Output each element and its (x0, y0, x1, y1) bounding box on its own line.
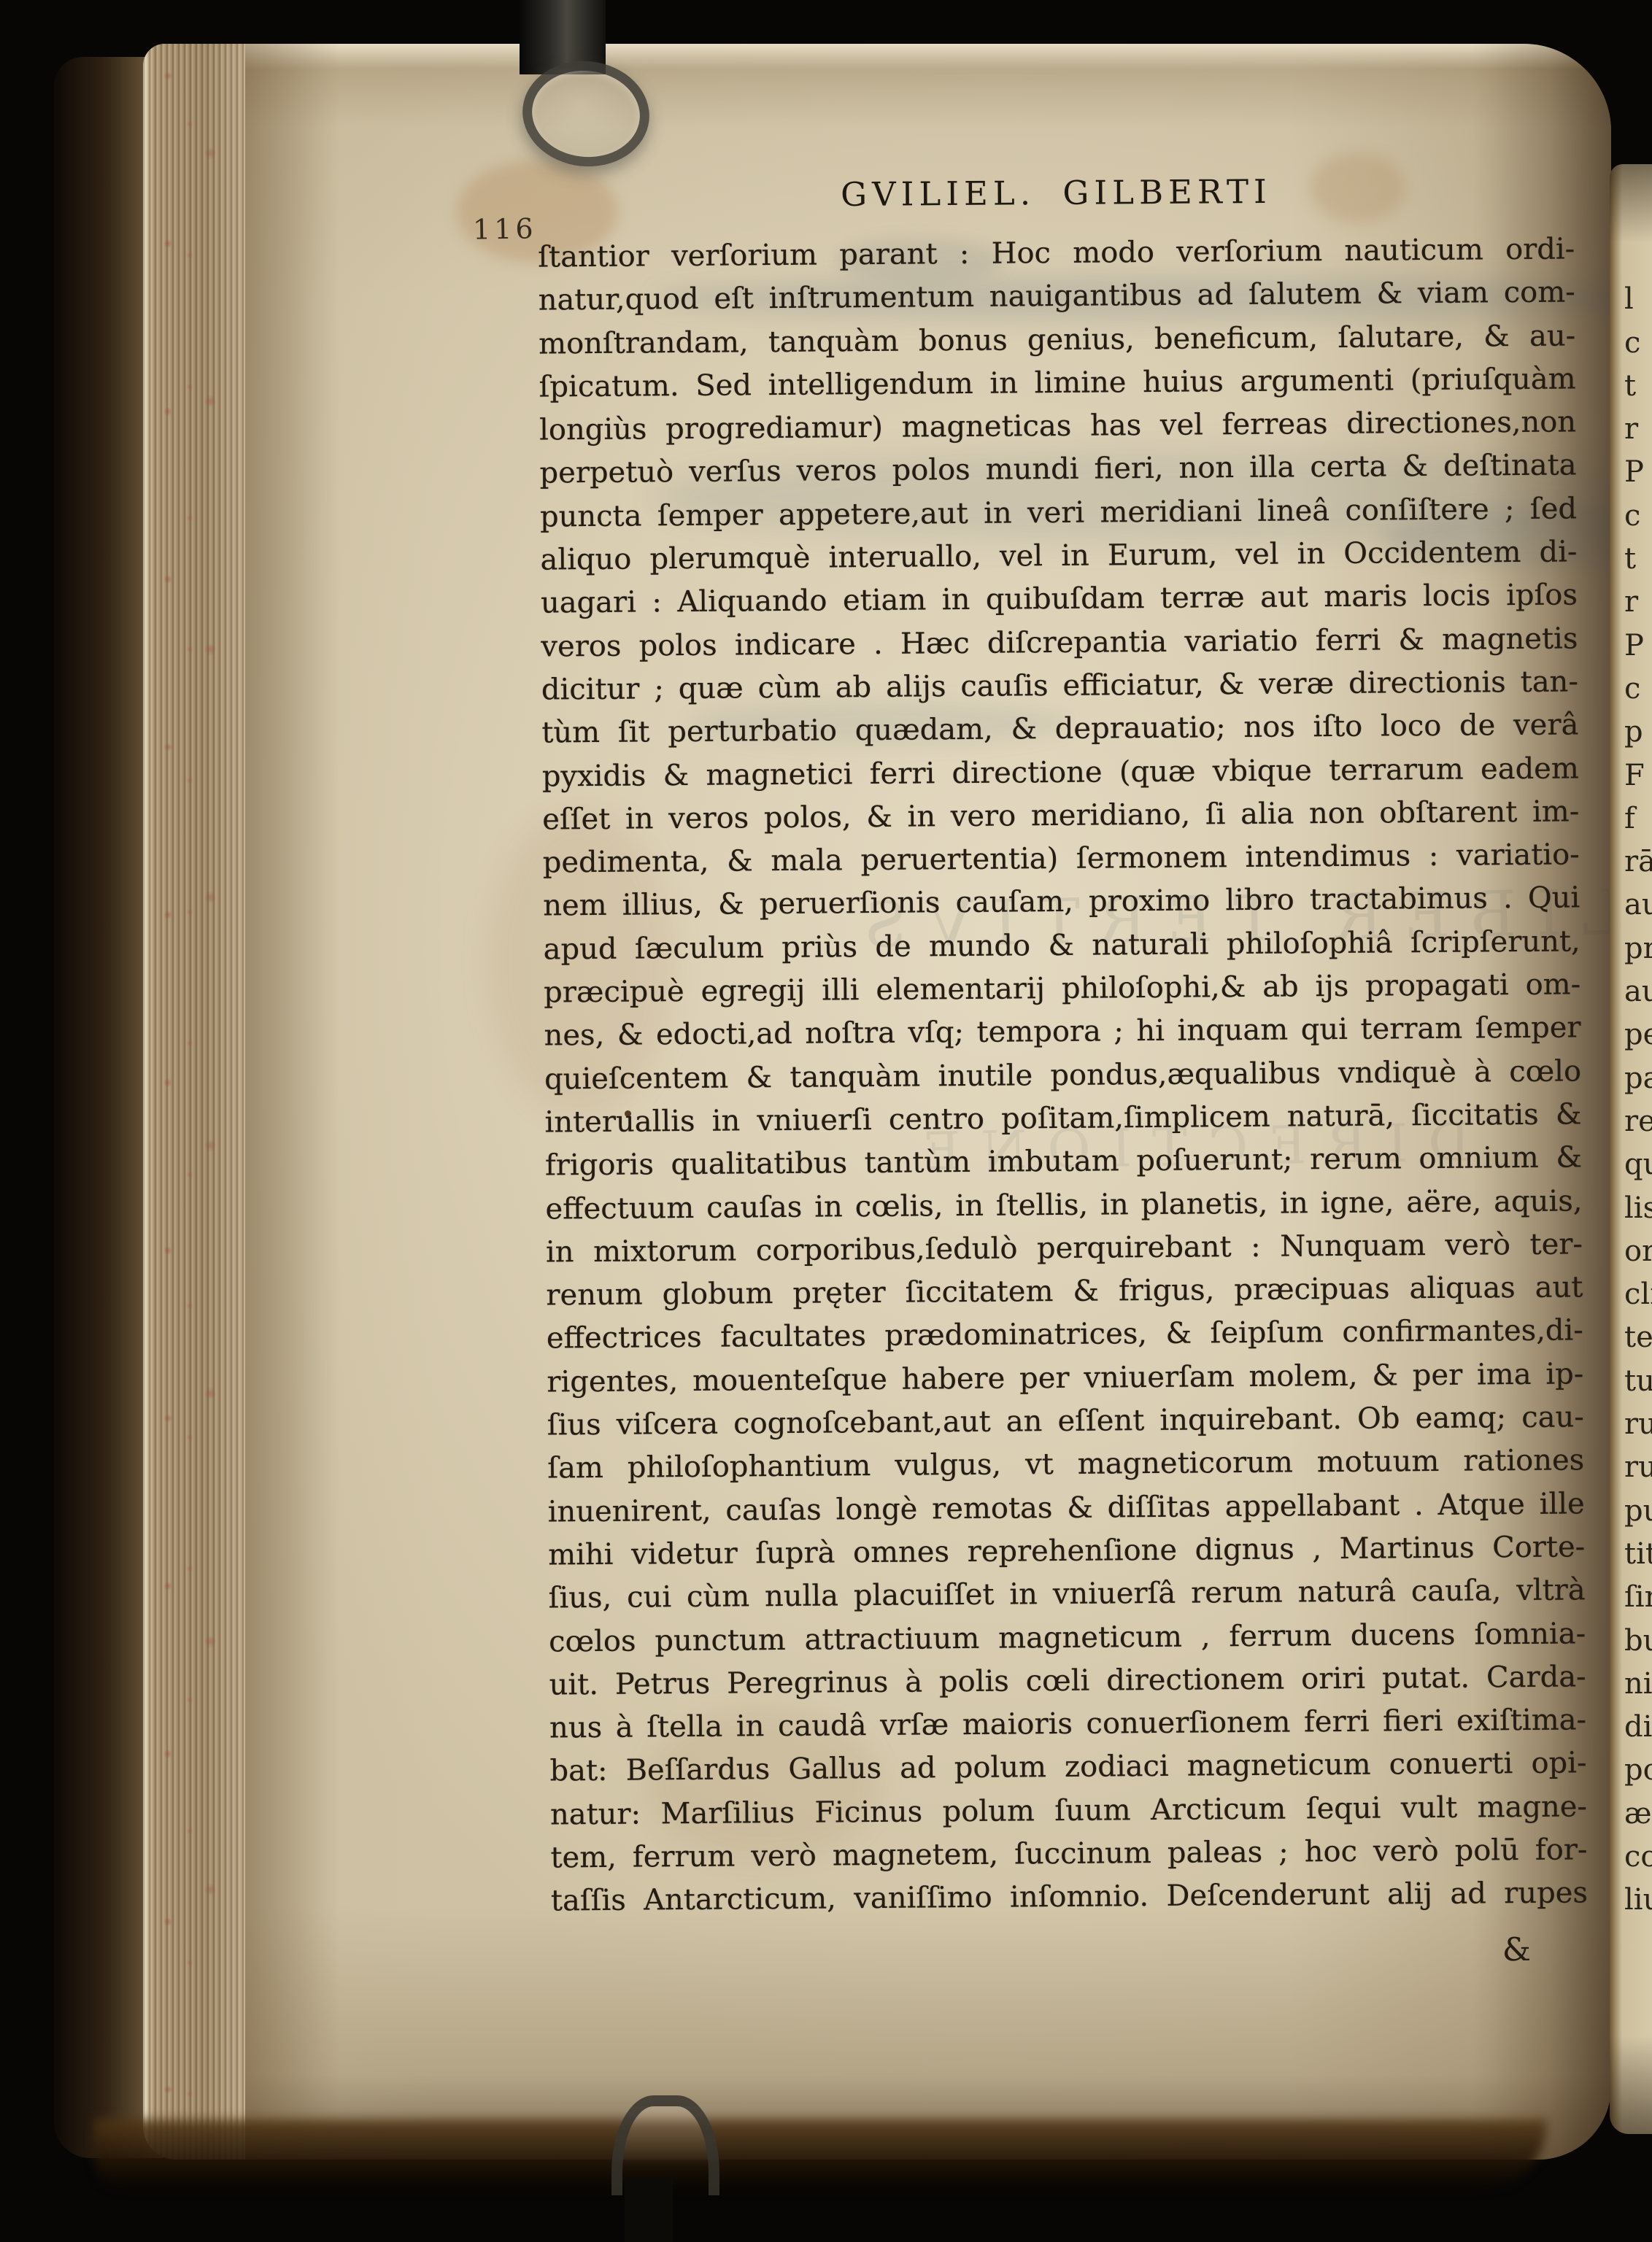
text-line: pedimenta, & mala peruertentia) ſermonem… (543, 834, 1580, 885)
binding-shadow (245, 44, 340, 2160)
facing-page-text-fragment (1624, 235, 1652, 278)
text-line: bat: Beſſardus Gallus ad polum zodiaci m… (549, 1742, 1586, 1793)
facing-page-text-fragment: titu (1624, 1533, 1652, 1576)
text-line: ſius, cui cùm nulla placuiſſet in vniuer… (548, 1569, 1585, 1620)
text-line: taſſis Antarcticum, vaniſſimo inſomnio. … (551, 1872, 1588, 1923)
text-line: inuenirent, cauſas longè remotas & diſſi… (548, 1483, 1585, 1534)
text-line: cœlos punctum attractiuum magneticum , f… (549, 1612, 1586, 1663)
text-line: uit. Petrus Peregrinus à polis cœli dire… (549, 1655, 1586, 1706)
text-line: natur,quod eſt inſtrumentum nauigantibus… (538, 271, 1575, 322)
facing-page-text-fragment: po (1624, 1749, 1652, 1792)
facing-page-text-fragment: ru (1624, 1446, 1652, 1489)
facing-page-text-fragment: r (1624, 408, 1652, 451)
body-text: ſtantior verſorium parant : Hoc modo ver… (538, 228, 1588, 1923)
text-line: apud ſæculum priùs de mundo & naturali p… (543, 920, 1580, 971)
facing-page-text-fragment: r (1624, 581, 1652, 624)
text-line: nes, & edocti,ad noſtra vſq; tempora ; h… (544, 1007, 1580, 1058)
text-line: uagari : Aliquando etiam in quibuſdam te… (541, 574, 1578, 625)
text-line: tùm ſit perturbatio quædam, & deprauatio… (541, 704, 1578, 755)
facing-page-text-fragment: f (1624, 797, 1652, 840)
facing-page-text-fragment: c (1624, 322, 1652, 365)
facing-page-text-fragment: ru (1624, 1403, 1652, 1446)
facing-page-text-fragment: lis (1624, 1187, 1652, 1230)
book-clamp-bottom-stem (625, 2178, 673, 2242)
facing-page-text-fragment: nib (1624, 1663, 1652, 1706)
facing-page-text-fragment: au (1624, 970, 1652, 1013)
text-line: rigentes, mouenteſque habere per vniuerſ… (547, 1353, 1583, 1404)
text-line: ſpicatum. Sed intelligendum in limine hu… (539, 357, 1575, 409)
text-line: aliquo plerumquè interuallo, vel in Euru… (540, 530, 1577, 581)
text-line: ſam philoſophantium vulgus, vt magnetico… (547, 1439, 1584, 1491)
page-edge-stack (143, 44, 245, 2160)
facing-page-text-fragments: lctrPctrPcpFfrāaupraupeparequlisorclitet… (1624, 235, 1652, 1986)
facing-page-text-fragment: di (1624, 1706, 1652, 1749)
page-number: 116 (473, 212, 537, 246)
facing-page-text-fragment: cli (1624, 1273, 1652, 1316)
text-line: tem, ferrum verò magnetem, ſuccinum pale… (550, 1828, 1587, 1879)
facing-page-text-fragment: t (1624, 538, 1652, 581)
facing-page-edge: lctrPctrPcpFfrāaupraupeparequlisorclitet… (1610, 164, 1652, 2134)
facing-page-text-fragment: re (1624, 1100, 1652, 1143)
text-line: veros polos indicare . Hæc diſcrepantia … (541, 617, 1578, 668)
text-line: renum globum pręter ſiccitatem & frigus,… (546, 1267, 1583, 1318)
facing-page-text-fragment: co (1624, 1836, 1652, 1879)
facing-page-text-fragment: ſin (1624, 1576, 1652, 1619)
facing-page-text-fragment: rā (1624, 840, 1652, 884)
text-line: eſſet in veros polos, & in vero meridian… (542, 790, 1579, 841)
text-line: effectrices facultates prædominatrices, … (547, 1310, 1583, 1361)
facing-page-text-fragment: liu (1624, 1879, 1652, 1922)
text-line: perpetuò verſus veros polos mundi fieri,… (539, 444, 1576, 495)
facing-page-text-fragment: pa (1624, 1057, 1652, 1100)
text-line: natur: Marſilius Ficinus polum ſuum Arct… (550, 1785, 1587, 1836)
text-line: interuallis in vniuerſi centro poſitam,ſ… (544, 1093, 1581, 1144)
facing-page-text-fragment: au (1624, 884, 1652, 927)
bottom-edge-shadow (95, 2119, 1547, 2189)
text-line: nus à ſtella in caudâ vrſæ maioris conue… (549, 1698, 1586, 1750)
text-line: pyxidis & magnetici ferri directione (qu… (542, 747, 1579, 798)
book-scan: LIBER TERTIVS DIRECTIONE 116 GVILIEL. GI… (0, 0, 1652, 2242)
text-line: dicitur ; quæ cùm ab alijs cauſis effici… (541, 660, 1578, 711)
text-line: quieſcentem & tanquàm inutile pondus,æqu… (544, 1050, 1581, 1101)
facing-page-text-fragment: P (1624, 451, 1652, 494)
facing-page-text-fragment: or (1624, 1230, 1652, 1273)
facing-page-text-fragment: t (1624, 365, 1652, 408)
text-line: præcipuè egregij illi elementarij philoſ… (544, 963, 1580, 1014)
facing-page-text-fragment: tu (1624, 1360, 1652, 1403)
facing-page-text-fragment: pr (1624, 927, 1652, 970)
text-line: mihi videtur ſuprà omnes reprehenſione d… (548, 1526, 1585, 1577)
text-line: ſtantior verſorium parant : Hoc modo ver… (538, 228, 1575, 279)
facing-page-text-fragment: te (1624, 1316, 1652, 1359)
facing-page-text-fragment: pu (1624, 1490, 1652, 1533)
text-line: monſtrandam, tanquàm bonus genius, benef… (539, 314, 1575, 366)
facing-page-text-fragment: pe (1624, 1013, 1652, 1056)
facing-page-text-fragment: c (1624, 668, 1652, 711)
text-line: effectuum cauſas in cœlis, in ſtellis, i… (545, 1180, 1582, 1231)
facing-page-text-fragment: æ (1624, 1793, 1652, 1836)
text-line: nem illius, & peruerſionis cauſam, proxi… (543, 877, 1580, 928)
text-line: longiùs progrediamur) magneticas has vel… (539, 401, 1576, 452)
facing-page-text-fragment: bus (1624, 1620, 1652, 1663)
running-header: GVILIEL. GILBERTI (538, 170, 1575, 216)
text-line: in mixtorum corporibus,ſedulò perquireba… (546, 1223, 1583, 1274)
text-line: puncta ſemper appetere,aut in veri merid… (540, 487, 1577, 538)
facing-page-text-fragment: qu (1624, 1143, 1652, 1186)
facing-page-text-fragment: P (1624, 625, 1652, 668)
text-line: frigoris qualitatibus tantùm imbutam poſ… (545, 1137, 1582, 1188)
facing-page-text-fragment: F (1624, 754, 1652, 797)
facing-page-text-fragment: c (1624, 495, 1652, 538)
facing-page-text-fragment: l (1624, 278, 1652, 321)
facing-page-text-fragment: p (1624, 711, 1652, 754)
text-line: ſius viſcera cognoſcebant,aut an eſſent … (547, 1396, 1584, 1447)
